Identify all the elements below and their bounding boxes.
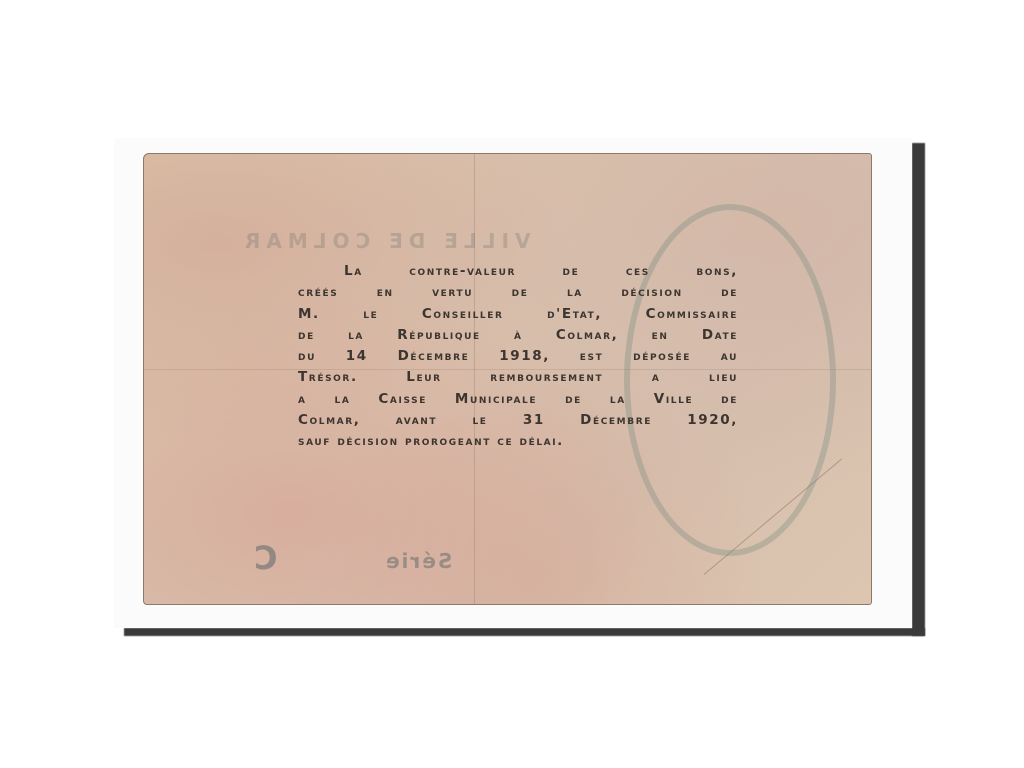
- text-line: de la République à Colmar, en Date: [298, 325, 738, 346]
- text-line: Trésor. Leur remboursement a lieu: [298, 367, 738, 388]
- show-through-series-letter: C: [254, 539, 277, 577]
- banknote: VILLE DE COLMAR Série C La contre-valeur…: [143, 153, 872, 605]
- text-line: créés en vertu de la décision de: [298, 282, 738, 303]
- text-line: La contre-valeur de ces bons,: [298, 261, 738, 282]
- card-shadow-bottom: [124, 628, 925, 636]
- text-line: sauf décision prorogeant ce délai.: [298, 431, 738, 452]
- show-through-header: VILLE DE COLMAR: [239, 229, 530, 253]
- text-line: Colmar, avant le 31 Décembre 1920,: [298, 410, 738, 431]
- card-shadow-right: [912, 143, 925, 636]
- text-line: a la Caisse Municipale de la Ville de: [298, 389, 738, 410]
- text-line: M. le Conseiller d'Etat, Commissaire: [298, 304, 738, 325]
- reverse-text: La contre-valeur de ces bons, créés en v…: [298, 261, 738, 453]
- text-line: du 14 Décembre 1918, est déposée au: [298, 346, 738, 367]
- show-through-series-label: Série: [384, 549, 452, 573]
